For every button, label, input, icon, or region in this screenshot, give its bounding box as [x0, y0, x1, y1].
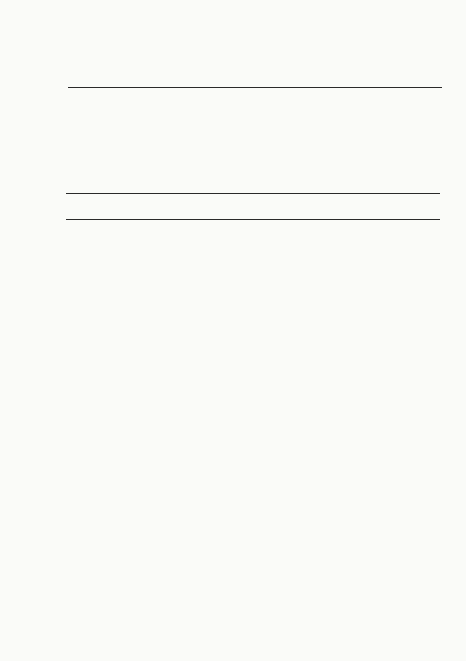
table-top-rule: [68, 87, 442, 88]
section-top-rule: [66, 193, 440, 194]
section-bottom-rule: [66, 219, 440, 220]
